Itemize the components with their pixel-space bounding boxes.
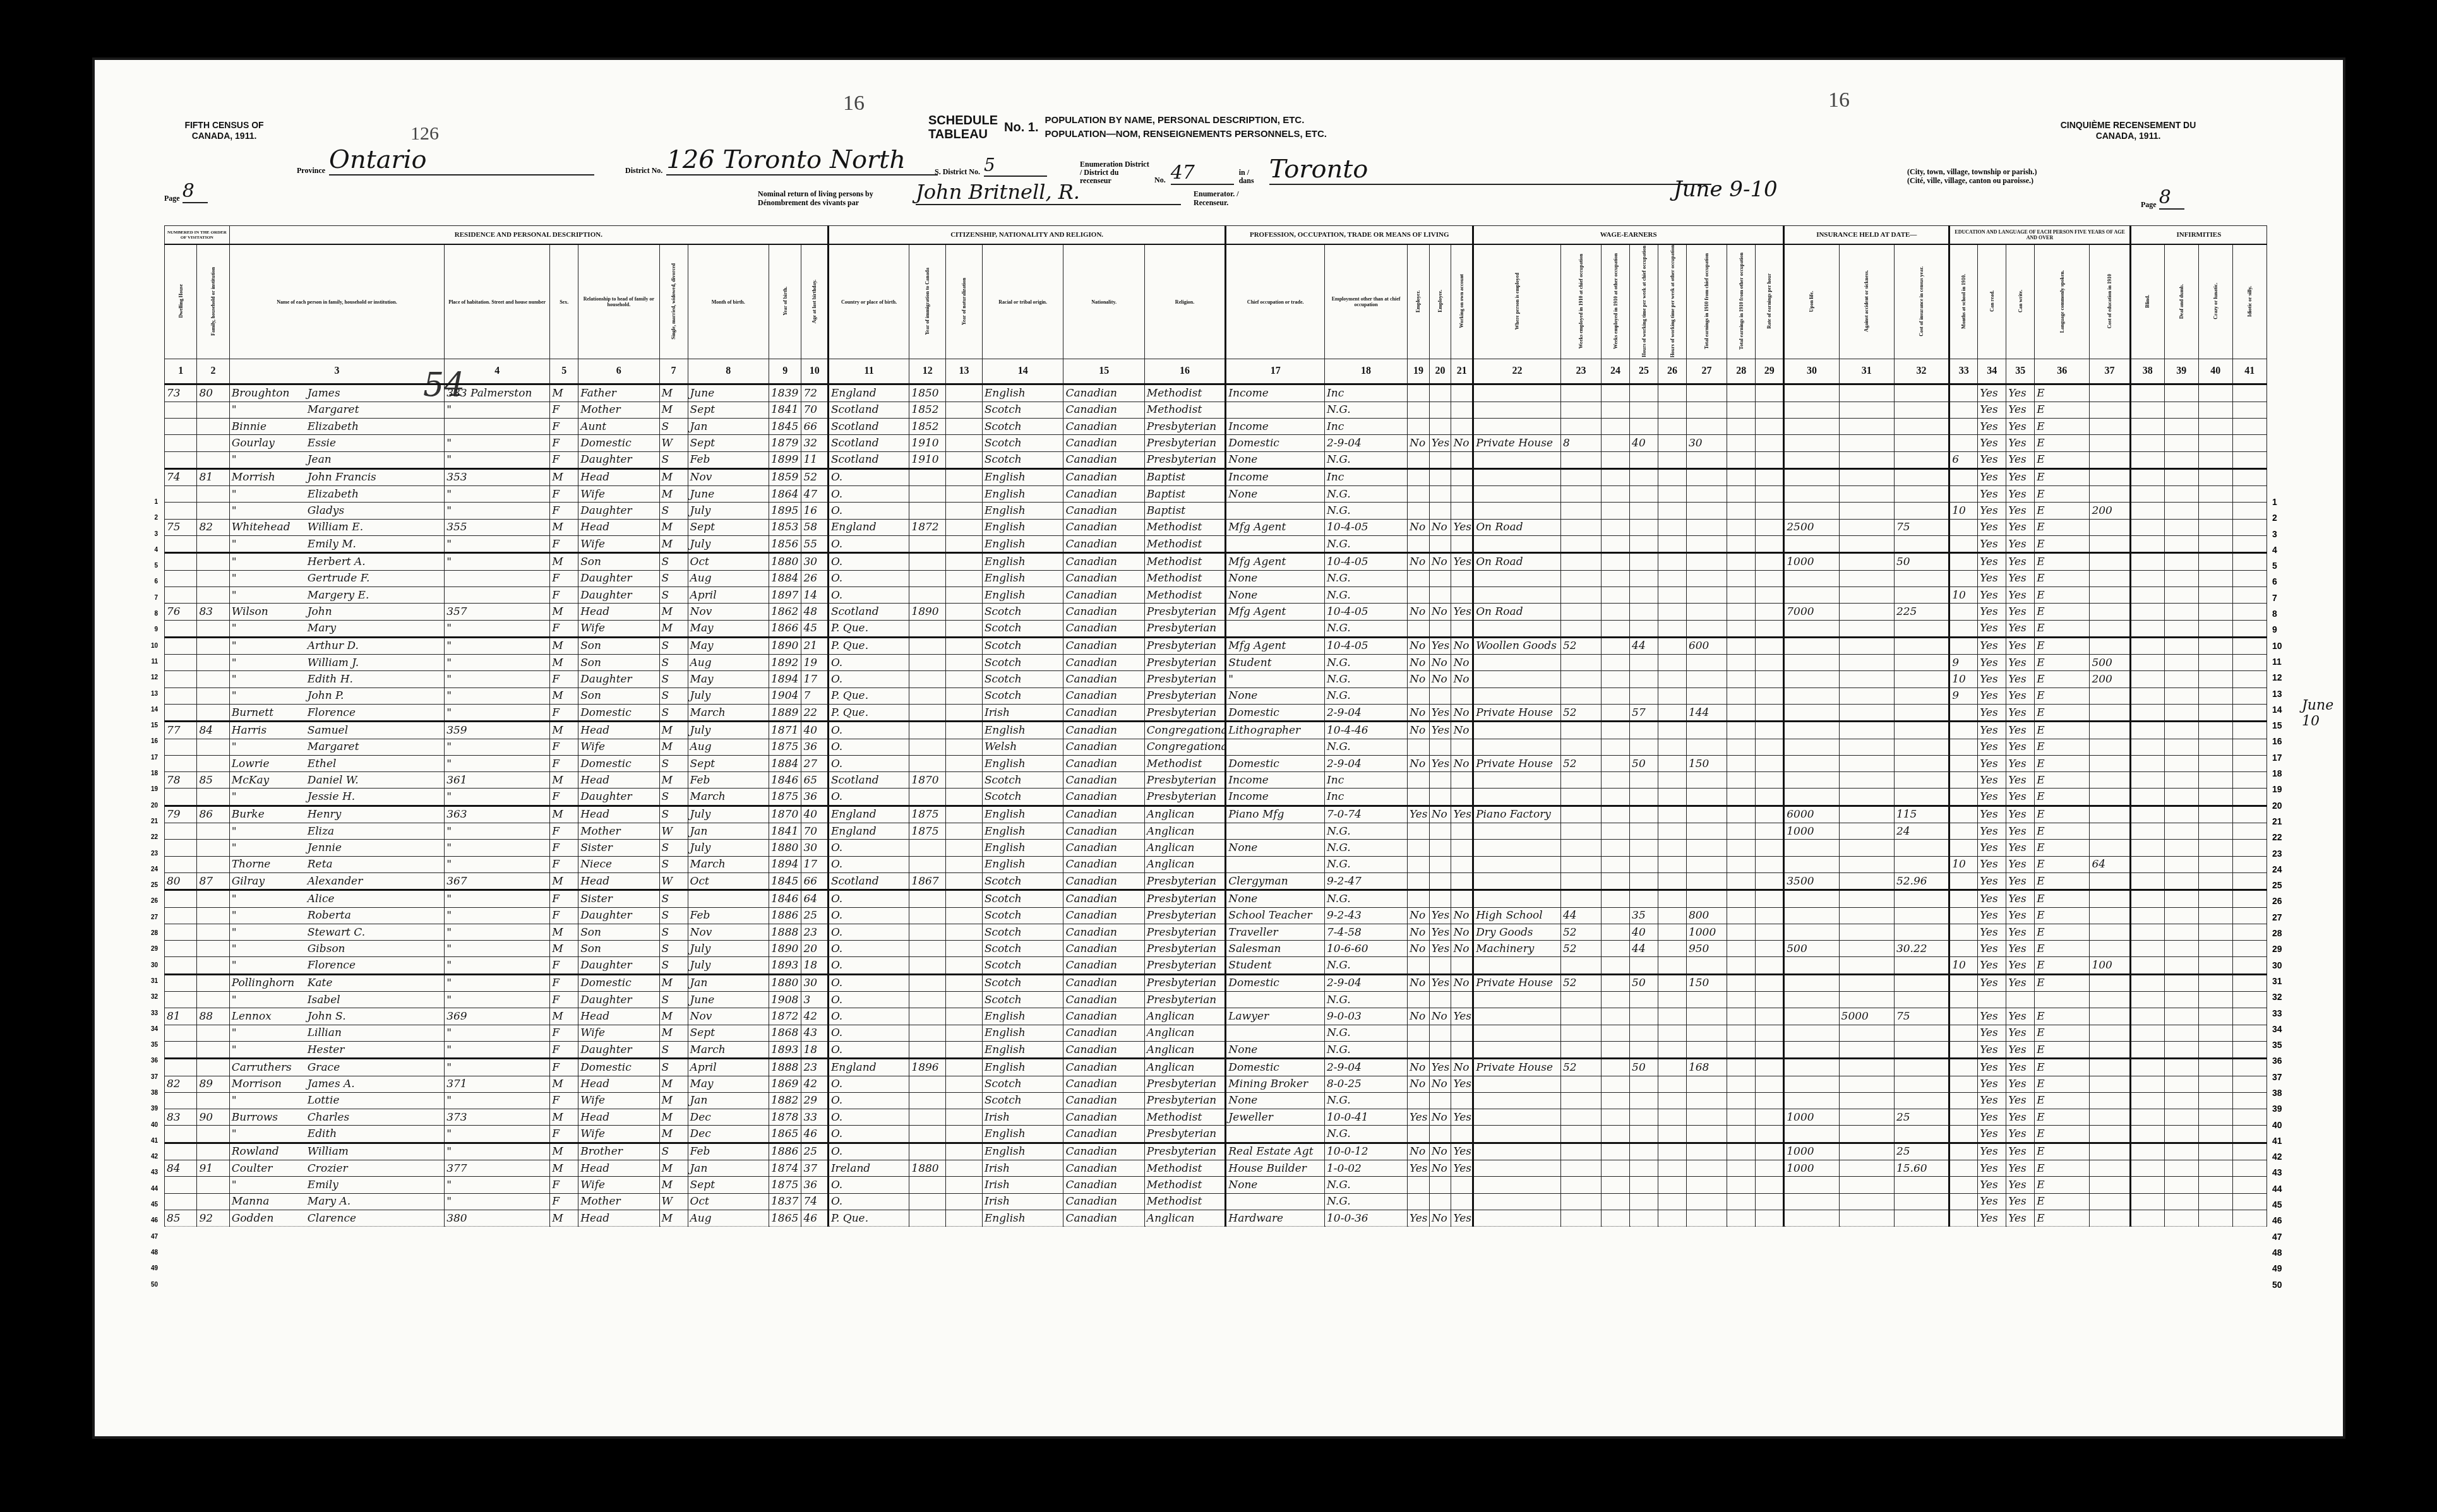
cell-19: [1408, 957, 1430, 974]
cell-30: [1784, 384, 1839, 402]
cell-14: Scotch: [982, 688, 1063, 704]
cell-6: Wife: [578, 620, 659, 637]
cell-10: 65: [801, 772, 829, 789]
cell-18: N.G.: [1325, 856, 1408, 872]
cell-12: [909, 907, 946, 924]
cell-35: Yes: [2006, 823, 2035, 840]
cell-39: [2164, 739, 2198, 755]
cell-39: [2164, 941, 2198, 957]
cell-22: [1473, 1177, 1561, 1193]
cell-8: Dec: [688, 1126, 769, 1143]
cell-35: Yes: [2006, 688, 2035, 704]
cell-20: No: [1429, 604, 1451, 620]
cell-24: [1602, 992, 1630, 1008]
line-number: 16: [2272, 734, 2297, 749]
cell-26: [1658, 907, 1687, 924]
cell-23: [1560, 468, 1601, 485]
surname: ": [232, 842, 308, 854]
cell-15: Canadian: [1063, 486, 1144, 503]
cell-31: [1839, 553, 1894, 570]
table-row: "Mary"FWifeMMay186645P. Que.ScotchCanadi…: [165, 620, 2267, 637]
cell-16: Methodist: [1144, 1160, 1225, 1177]
cell-name: "Jennie: [229, 840, 444, 856]
cell-21: [1451, 1025, 1473, 1041]
cell-38: [2130, 1160, 2164, 1177]
cell-4: ": [445, 553, 550, 570]
cell-39: [2164, 872, 2198, 890]
cell-17: Clergyman: [1226, 872, 1325, 890]
cell-35: Yes: [2006, 907, 2035, 924]
cell-41: [2232, 1059, 2266, 1076]
cell-24: [1602, 519, 1630, 535]
cell-1: 77: [165, 722, 197, 739]
cell-name: "Gibson: [229, 941, 444, 957]
cell-23: [1560, 1126, 1601, 1143]
cell-17: [1226, 620, 1325, 637]
cell-40: [2198, 655, 2232, 671]
cell-16: Presbyterian: [1144, 637, 1225, 654]
cell-39: [2164, 620, 2198, 637]
cell-8: Jan: [688, 974, 769, 991]
cell-39: [2164, 519, 2198, 535]
cell-31: [1839, 671, 1894, 688]
cell-11: England: [828, 806, 909, 823]
line-number: 44: [139, 1181, 158, 1197]
cell-22: Private House: [1473, 435, 1561, 451]
cell-31: [1839, 418, 1894, 434]
cell-19: No: [1408, 941, 1430, 957]
cell-30: [1784, 705, 1839, 722]
cell-1: [165, 402, 197, 418]
cell-36: E: [2035, 941, 2090, 957]
cell-15: Canadian: [1063, 974, 1144, 991]
given-name: Herbert A.: [308, 556, 366, 568]
column-header-36: Language commonly spoken.: [2035, 244, 2090, 359]
cell-39: [2164, 974, 2198, 991]
cell-31: [1839, 620, 1894, 637]
cell-6: Domestic: [578, 435, 659, 451]
cell-12: [909, 1210, 946, 1226]
group-citizenship: CITIZENSHIP, NATIONALITY AND RELIGION.: [828, 226, 1225, 245]
cell-20: No: [1429, 553, 1451, 570]
cell-28: [1727, 519, 1756, 535]
cell-28: [1727, 974, 1756, 991]
cell-24: [1602, 671, 1630, 688]
cell-18: 10-4-05: [1325, 637, 1408, 654]
cell-37: 100: [2090, 957, 2130, 974]
cell-16: Presbyterian: [1144, 688, 1225, 704]
cell-14: Scotch: [982, 1092, 1063, 1109]
cell-12: 1852: [909, 402, 946, 418]
cell-13: [946, 486, 983, 503]
cell-13: [946, 553, 983, 570]
cell-16: Presbyterian: [1144, 907, 1225, 924]
cell-10: 27: [801, 755, 829, 771]
cell-37: [2090, 620, 2130, 637]
line-numbers-left: 1234567891011121314151617181920212223242…: [139, 494, 158, 1293]
cell-6: Son: [578, 941, 659, 957]
cell-7: S: [659, 941, 688, 957]
line-number: 41: [139, 1133, 158, 1149]
cell-10: 64: [801, 890, 829, 907]
cell-29: [1756, 823, 1784, 840]
cell-39: [2164, 671, 2198, 688]
cell-39: [2164, 435, 2198, 451]
cell-12: [909, 924, 946, 940]
column-header-10: Age at last birthday.: [801, 244, 829, 359]
cell-23: [1560, 957, 1601, 974]
cell-7: M: [659, 468, 688, 485]
cell-8: Sept: [688, 1177, 769, 1193]
cell-7: W: [659, 435, 688, 451]
line-number: 26: [2272, 893, 2297, 909]
cell-9: 1865: [769, 1126, 801, 1143]
cell-24: [1602, 1193, 1630, 1210]
cell-32: [1894, 722, 1949, 739]
cell-21: No: [1451, 722, 1473, 739]
cell-33: 9: [1949, 688, 1978, 704]
column-number-34: 34: [1978, 359, 2006, 384]
cell-11: O.: [828, 570, 909, 586]
given-name: Elizabeth: [308, 420, 359, 433]
cell-15: Canadian: [1063, 586, 1144, 603]
cell-5: F: [550, 1177, 578, 1193]
cell-38: [2130, 553, 2164, 570]
cell-5: F: [550, 823, 578, 840]
cell-33: [1949, 435, 1978, 451]
cell-31: [1839, 856, 1894, 872]
cell-32: [1894, 924, 1949, 940]
cell-39: [2164, 1092, 2198, 1109]
cell-19: [1408, 451, 1430, 468]
cell-15: Canadian: [1063, 604, 1144, 620]
cell-20: [1429, 840, 1451, 856]
surname: ": [232, 741, 308, 753]
column-header-25: Hours of working time per week at chief …: [1630, 244, 1658, 359]
cell-36: E: [2035, 604, 2090, 620]
table-row: 8087GilrayAlexander367MHeadWOct184566Sco…: [165, 872, 2267, 890]
cell-32: [1894, 1177, 1949, 1193]
cell-30: [1784, 468, 1839, 485]
cell-14: Scotch: [982, 620, 1063, 637]
cell-37: [2090, 384, 2130, 402]
group-visitation: NUMBERED IN THE ORDER OF VISITATION: [165, 226, 230, 245]
cell-26: [1658, 570, 1687, 586]
cell-15: Canadian: [1063, 1193, 1144, 1210]
given-name: Florence: [308, 959, 356, 972]
column-header-5: Sex.: [550, 244, 578, 359]
cell-name: GourlayEssie: [229, 435, 444, 451]
cell-name: CarruthersGrace: [229, 1059, 444, 1076]
cell-16: Presbyterian: [1144, 772, 1225, 789]
cell-25: [1630, 1041, 1658, 1058]
cell-29: [1756, 739, 1784, 755]
cell-27: [1686, 688, 1727, 704]
given-name: Edith: [308, 1128, 337, 1140]
cell-31: [1839, 907, 1894, 924]
cell-23: [1560, 604, 1601, 620]
cell-36: E: [2035, 570, 2090, 586]
cell-24: [1602, 402, 1630, 418]
cell-2: [197, 739, 229, 755]
cell-27: 150: [1686, 974, 1727, 991]
column-header-33: Months at school in 1910.: [1949, 244, 1978, 359]
cell-28: [1727, 924, 1756, 940]
cell-40: [2198, 1041, 2232, 1058]
cell-9: 1870: [769, 806, 801, 823]
cell-30: [1784, 637, 1839, 654]
cell-40: [2198, 941, 2232, 957]
cell-15: Canadian: [1063, 957, 1144, 974]
cell-7: S: [659, 1059, 688, 1076]
cell-21: Yes: [1451, 806, 1473, 823]
cell-30: [1784, 655, 1839, 671]
cell-24: [1602, 974, 1630, 991]
line-number: 9: [139, 622, 158, 638]
cell-24: [1602, 1143, 1630, 1160]
line-number: 5: [139, 558, 158, 574]
cell-29: [1756, 671, 1784, 688]
cell-31: [1839, 384, 1894, 402]
given-name: Lillian: [308, 1027, 342, 1039]
given-name: Clarence: [308, 1212, 356, 1225]
cell-16: Anglican: [1144, 1025, 1225, 1041]
cell-37: [2090, 907, 2130, 924]
cell-14: Scotch: [982, 992, 1063, 1008]
cell-27: [1686, 620, 1727, 637]
cell-15: Canadian: [1063, 705, 1144, 722]
cell-41: [2232, 620, 2266, 637]
cell-14: English: [982, 519, 1063, 535]
cell-13: [946, 451, 983, 468]
cell-22: [1473, 671, 1561, 688]
cell-11: O.: [828, 840, 909, 856]
cell-34: Yes: [1978, 418, 2006, 434]
cell-16: Methodist: [1144, 553, 1225, 570]
cell-24: [1602, 503, 1630, 519]
cell-10: 18: [801, 1041, 829, 1058]
cell-20: [1429, 620, 1451, 637]
line-number: 14: [2272, 702, 2297, 718]
cell-10: 43: [801, 1025, 829, 1041]
cell-4: ": [445, 890, 550, 907]
cell-16: Presbyterian: [1144, 620, 1225, 637]
cell-19: [1408, 570, 1430, 586]
cell-16: Methodist: [1144, 384, 1225, 402]
cell-38: [2130, 872, 2164, 890]
cell-2: [197, 586, 229, 603]
cell-19: No: [1408, 755, 1430, 771]
cell-10: 19: [801, 655, 829, 671]
cell-28: [1727, 604, 1756, 620]
cell-12: [909, 688, 946, 704]
cell-38: [2130, 671, 2164, 688]
cell-20: Yes: [1429, 924, 1451, 940]
cell-24: [1602, 1025, 1630, 1041]
cell-29: [1756, 1143, 1784, 1160]
cell-25: [1630, 992, 1658, 1008]
cell-30: [1784, 957, 1839, 974]
cell-2: 92: [197, 1210, 229, 1226]
cell-33: [1949, 924, 1978, 940]
cell-40: [2198, 992, 2232, 1008]
cell-27: [1686, 1126, 1727, 1143]
cell-32: 50: [1894, 553, 1949, 570]
cell-16: Anglican: [1144, 856, 1225, 872]
cell-17: [1226, 739, 1325, 755]
cell-6: Daughter: [578, 451, 659, 468]
cell-31: [1839, 451, 1894, 468]
cell-34: Yes: [1978, 1076, 2006, 1092]
cell-2: [197, 1193, 229, 1210]
cell-11: England: [828, 384, 909, 402]
cell-21: Yes: [1451, 1008, 1473, 1025]
table-row: "John P."MSonSJuly19047P. Que.ScotchCana…: [165, 688, 2267, 704]
column-header-26: Hours of working time per week at other …: [1658, 244, 1687, 359]
cell-13: [946, 1193, 983, 1210]
cell-17: Domestic: [1226, 755, 1325, 771]
line-number: 20: [139, 798, 158, 814]
cell-12: 1870: [909, 772, 946, 789]
cell-12: [909, 1008, 946, 1025]
cell-6: Daughter: [578, 907, 659, 924]
line-number: 31: [139, 973, 158, 989]
line-number: 29: [139, 941, 158, 957]
cell-11: O.: [828, 671, 909, 688]
cell-27: [1686, 384, 1727, 402]
cell-24: [1602, 941, 1630, 957]
cell-7: M: [659, 1160, 688, 1177]
cell-36: E: [2035, 1126, 2090, 1143]
cell-21: [1451, 890, 1473, 907]
cell-15: Canadian: [1063, 1059, 1144, 1076]
cell-25: [1630, 418, 1658, 434]
column-number-24: 24: [1602, 359, 1630, 384]
cell-35: Yes: [2006, 586, 2035, 603]
cell-5: M: [550, 1008, 578, 1025]
cell-33: [1949, 570, 1978, 586]
cell-10: 7: [801, 688, 829, 704]
cell-20: [1429, 992, 1451, 1008]
column-header-22: Where person is employed: [1473, 244, 1561, 359]
cell-1: [165, 1143, 197, 1160]
line-number: 24: [139, 862, 158, 878]
cell-36: E: [2035, 519, 2090, 535]
cell-7: W: [659, 1193, 688, 1210]
column-number-19: 19: [1408, 359, 1430, 384]
cell-22: [1473, 1193, 1561, 1210]
cell-5: F: [550, 1193, 578, 1210]
cell-7: S: [659, 655, 688, 671]
cell-13: [946, 974, 983, 991]
table-row: "William J."MSonSAug189219O.ScotchCanadi…: [165, 655, 2267, 671]
cell-27: [1686, 503, 1727, 519]
cell-20: No: [1429, 1210, 1451, 1226]
cell-5: F: [550, 856, 578, 872]
cell-32: [1894, 637, 1949, 654]
cell-30: [1784, 890, 1839, 907]
cell-37: 500: [2090, 655, 2130, 671]
cell-35: Yes: [2006, 840, 2035, 856]
line-number: 46: [139, 1213, 158, 1229]
cell-35: Yes: [2006, 890, 2035, 907]
cell-25: 50: [1630, 1059, 1658, 1076]
cell-16: Presbyterian: [1144, 435, 1225, 451]
cell-30: [1784, 1041, 1839, 1058]
cell-37: [2090, 519, 2130, 535]
cell-33: [1949, 974, 1978, 991]
cell-25: [1630, 840, 1658, 856]
column-number-25: 25: [1630, 359, 1658, 384]
cell-31: [1839, 722, 1894, 739]
cell-40: [2198, 418, 2232, 434]
cell-21: [1451, 620, 1473, 637]
cell-38: [2130, 789, 2164, 806]
cell-39: [2164, 486, 2198, 503]
cell-10: 47: [801, 486, 829, 503]
cell-5: F: [550, 789, 578, 806]
cell-29: [1756, 586, 1784, 603]
cell-26: [1658, 553, 1687, 570]
cell-18: N.G.: [1325, 823, 1408, 840]
cell-38: [2130, 486, 2164, 503]
cell-24: [1602, 924, 1630, 940]
column-label: Weeks employed in 1910 at other occupati…: [1613, 253, 1619, 349]
cell-26: [1658, 872, 1687, 890]
column-number-11: 11: [828, 359, 909, 384]
cell-17: Student: [1226, 957, 1325, 974]
cell-22: [1473, 823, 1561, 840]
cell-40: [2198, 1059, 2232, 1076]
cell-34: Yes: [1978, 468, 2006, 485]
column-label: Year of birth.: [782, 287, 788, 316]
cell-33: [1949, 418, 1978, 434]
cell-5: F: [550, 402, 578, 418]
cell-14: English: [982, 570, 1063, 586]
cell-23: 52: [1560, 755, 1601, 771]
cell-38: [2130, 1126, 2164, 1143]
subdistrict-label: S. District No.: [935, 167, 980, 177]
cell-10: 23: [801, 1059, 829, 1076]
table-row: "Hester"FDaughterSMarch189318O.EnglishCa…: [165, 1041, 2267, 1058]
cell-9: 1908: [769, 992, 801, 1008]
cell-28: [1727, 907, 1756, 924]
cell-37: [2090, 705, 2130, 722]
cell-7: S: [659, 924, 688, 940]
cell-24: [1602, 1041, 1630, 1058]
province-label: Province: [297, 166, 325, 176]
cell-24: [1602, 468, 1630, 485]
column-number-1: 1: [165, 359, 197, 384]
cell-17: None: [1226, 1092, 1325, 1109]
cell-20: [1429, 451, 1451, 468]
table-row: "Herbert A."MSonSOct188030O.EnglishCanad…: [165, 553, 2267, 570]
cell-35: Yes: [2006, 1109, 2035, 1126]
cell-29: [1756, 806, 1784, 823]
cell-34: Yes: [1978, 823, 2006, 840]
cell-32: 25: [1894, 1109, 1949, 1126]
cell-12: [909, 856, 946, 872]
surname: Binnie: [232, 420, 308, 433]
line-number: 10: [139, 638, 158, 654]
cell-11: O.: [828, 924, 909, 940]
cell-41: [2232, 941, 2266, 957]
cell-31: [1839, 1025, 1894, 1041]
cell-36: E: [2035, 402, 2090, 418]
cell-16: Anglican: [1144, 823, 1225, 840]
group-wage-earners: WAGE-EARNERS: [1473, 226, 1784, 245]
cell-8: Jan: [688, 1160, 769, 1177]
